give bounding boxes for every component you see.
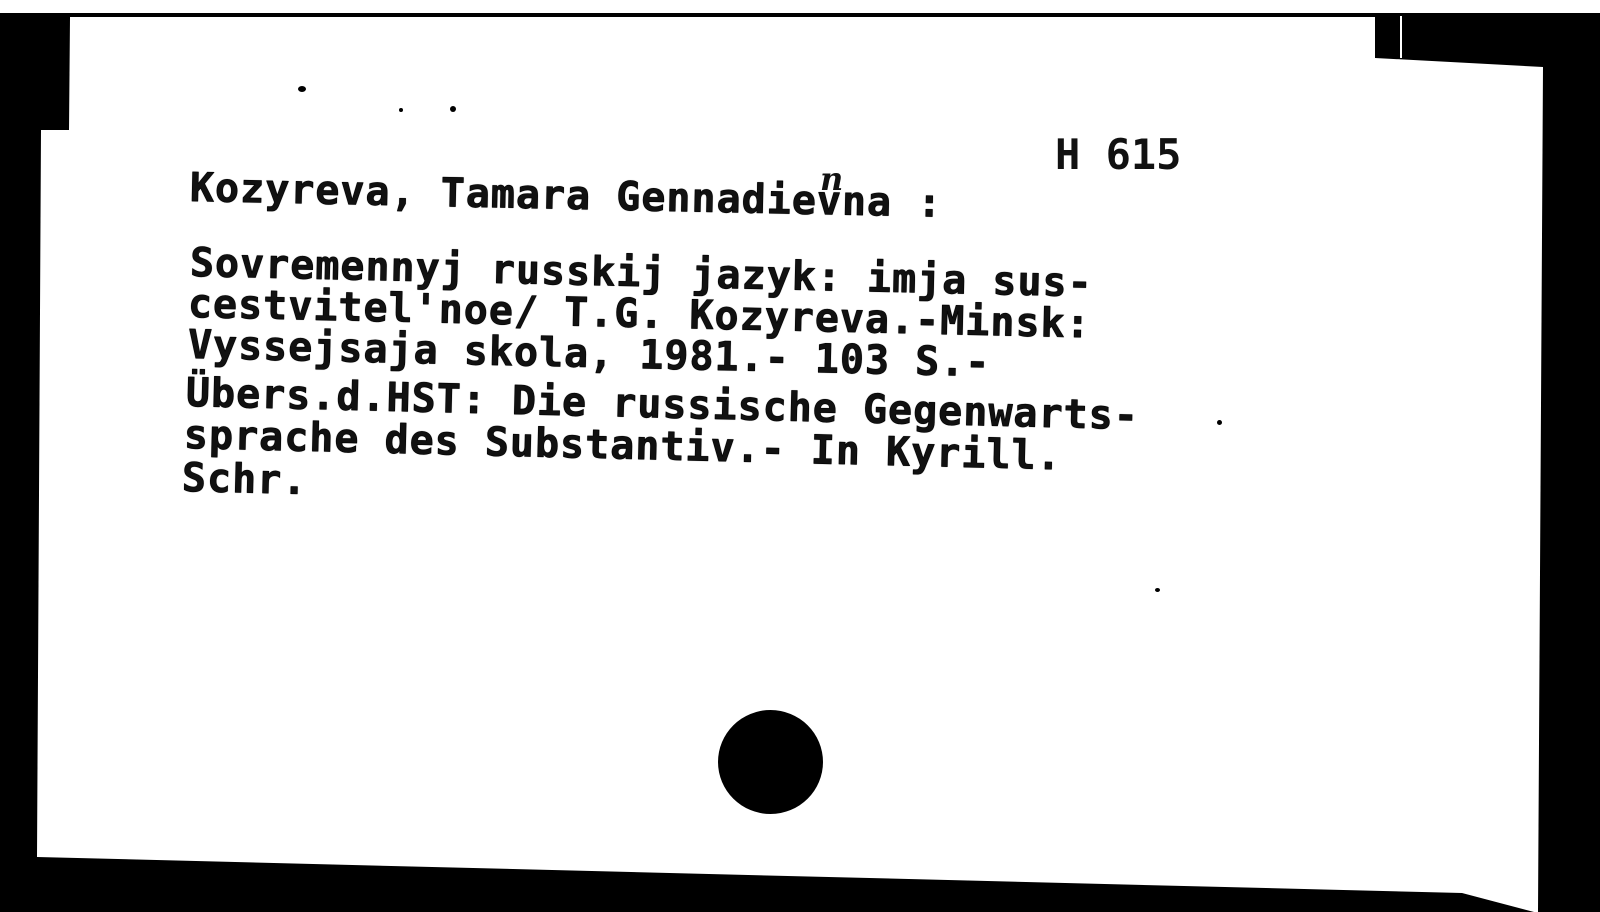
speck (298, 86, 306, 92)
speck (1217, 420, 1222, 425)
script-note: Schr. (181, 455, 308, 504)
punch-hole (718, 710, 823, 814)
speck (399, 108, 403, 112)
speck (450, 106, 456, 112)
speck (1155, 588, 1160, 592)
call-number: H 615 (1055, 130, 1181, 179)
